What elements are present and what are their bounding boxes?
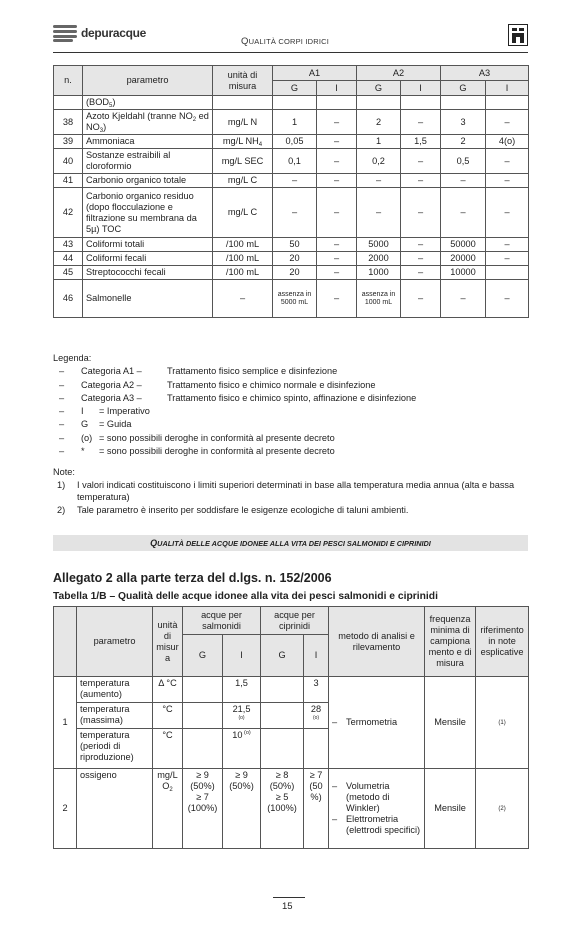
table-row: 2ossigenomg/LO2≥ 9(50%)≥ 7(100%)≥ 9(50%)… — [54, 769, 529, 849]
row-number: 44 — [54, 252, 83, 266]
row-value: – — [273, 174, 317, 188]
col-header-a3: A3 — [441, 66, 529, 81]
row-value: – — [441, 280, 486, 318]
row-value: – — [317, 149, 357, 174]
col-header-a1: A1 — [273, 66, 357, 81]
row-value: 0,05 — [273, 135, 317, 149]
row-parametro: temperatura (periodi di riproduzione) — [77, 729, 153, 769]
row-unita: – — [213, 280, 273, 318]
row-value — [357, 96, 401, 110]
row-value: 20 — [273, 252, 317, 266]
row-value: – — [401, 252, 441, 266]
row-value: – — [486, 280, 529, 318]
row-value — [183, 703, 223, 729]
row-number: 42 — [54, 188, 83, 238]
row-value: ≥ 8(50%)≥ 5(100%) — [261, 769, 304, 849]
row-number: 46 — [54, 280, 83, 318]
row-parametro: Ammoniaca — [83, 135, 213, 149]
row-value: 2 — [441, 135, 486, 149]
row-parametro: temperatura (aumento) — [77, 677, 153, 703]
col-subheader-g: G — [273, 81, 317, 96]
col-header-frequenza: frequenza minima di campiona mento e di … — [425, 607, 476, 677]
table-row: 44Coliformi fecali/100 mL20–2000–20000– — [54, 252, 529, 266]
row-unita: mg/L C — [213, 188, 273, 238]
row-number: 45 — [54, 266, 83, 280]
row-parametro: temperatura (massima) — [77, 703, 153, 729]
row-value — [441, 96, 486, 110]
legend: Legenda: –Categoria A1 –Trattamento fisi… — [53, 352, 416, 458]
col-subheader-i: I — [223, 635, 261, 677]
row-value: 10000 — [441, 266, 486, 280]
waves-icon — [53, 24, 77, 42]
row-value: 1000 — [357, 266, 401, 280]
col-header-unita: unità di misur a — [153, 607, 183, 677]
row-value: 5000 — [357, 238, 401, 252]
h-logo-icon — [508, 24, 528, 46]
row-unita: mg/L SEC — [213, 149, 273, 174]
row-frequenza: Mensile — [425, 769, 476, 849]
row-value: – — [401, 266, 441, 280]
legend-category: –Categoria A2 –Trattamento fisico e chim… — [53, 379, 416, 392]
row-value: – — [486, 110, 529, 135]
row-value — [401, 96, 441, 110]
row-riferimento: (1) — [476, 677, 529, 769]
col-header-n: n. — [54, 66, 83, 96]
row-parametro: Carbonio organico totale — [83, 174, 213, 188]
col-subheader-g: G — [357, 81, 401, 96]
legend-title: Legenda: — [53, 352, 416, 365]
row-number: 39 — [54, 135, 83, 149]
row-value: – — [317, 280, 357, 318]
row-value: – — [441, 174, 486, 188]
row-number: 1 — [54, 677, 77, 769]
row-value: 2 — [357, 110, 401, 135]
row-value — [486, 266, 529, 280]
row-value: ≥ 9(50%)≥ 7(100%) — [183, 769, 223, 849]
row-parametro: Carbonio organico residuo (dopo floccula… — [83, 188, 213, 238]
row-value: – — [357, 174, 401, 188]
col-header-riferimento: riferimento in note esplicative — [476, 607, 529, 677]
col-subheader-i: I — [304, 635, 329, 677]
legend-symbol: –(o)= sono possibili deroghe in conformi… — [53, 432, 416, 445]
row-value: 0,2 — [357, 149, 401, 174]
fish-water-quality-table: parametro unità di misur a acque per sal… — [53, 606, 529, 849]
col-subheader-i: I — [401, 81, 441, 96]
row-value: 3 — [304, 677, 329, 703]
table-row: 1temperatura (aumento)Δ °C1,53–Termometr… — [54, 677, 529, 703]
row-unita: /100 mL — [213, 252, 273, 266]
row-parametro: ossigeno — [77, 769, 153, 849]
table-row: 45Streptococchi fecali/100 mL20–1000–100… — [54, 266, 529, 280]
row-value — [317, 96, 357, 110]
table-row: 42Carbonio organico residuo (dopo floccu… — [54, 188, 529, 238]
row-value: – — [273, 188, 317, 238]
row-value: ≥ 9(50%) — [223, 769, 261, 849]
row-value: 20000 — [441, 252, 486, 266]
row-number: 38 — [54, 110, 83, 135]
row-value: 2000 — [357, 252, 401, 266]
row-value: – — [317, 174, 357, 188]
row-value — [183, 677, 223, 703]
row-value: assenza in 1000 mL — [357, 280, 401, 318]
row-value: – — [401, 110, 441, 135]
row-value: – — [486, 238, 529, 252]
row-parametro: Streptococchi fecali — [83, 266, 213, 280]
row-value: – — [441, 188, 486, 238]
water-quality-table-a: n. parametro unità di misura A1 A2 A3 GI… — [53, 65, 529, 318]
col-header-a2: A2 — [357, 66, 441, 81]
col-subheader-g: G — [261, 635, 304, 677]
row-value — [261, 677, 304, 703]
row-unita: mg/L N — [213, 110, 273, 135]
row-value — [183, 729, 223, 769]
col-header-metodo: metodo di analisi e rilevamento — [329, 607, 425, 677]
row-value: 4(o) — [486, 135, 529, 149]
note-item: 1)I valori indicati costituiscono i limi… — [53, 479, 531, 504]
row-number: 41 — [54, 174, 83, 188]
row-value: 1,5 — [223, 677, 261, 703]
row-value: – — [317, 266, 357, 280]
row-value: – — [486, 188, 529, 238]
row-unita: mg/L NH4 — [213, 135, 273, 149]
row-value: 20 — [273, 266, 317, 280]
section-title: QUALITÀ CORPI IDRICI — [241, 36, 329, 47]
note-item: 2)Tale parametro è inserito per soddisfa… — [53, 504, 531, 517]
row-unita: °C — [153, 703, 183, 729]
row-parametro: Sostanze estraibili al cloroformio — [83, 149, 213, 174]
table-row: 40Sostanze estraibili al cloroformiomg/L… — [54, 149, 529, 174]
col-header-parametro: parametro — [83, 66, 213, 96]
row-parametro: Salmonelle — [83, 280, 213, 318]
table-row: (BOD5) — [54, 96, 529, 110]
row-value: 0,5 — [441, 149, 486, 174]
col-header-salmonidi: acque per salmonidi — [183, 607, 261, 635]
row-unita: /100 mL — [213, 238, 273, 252]
legend-category: –Categoria A1 –Trattamento fisico sempli… — [53, 365, 416, 378]
row-number: 40 — [54, 149, 83, 174]
col-subheader-g: G — [441, 81, 486, 96]
row-value: – — [401, 238, 441, 252]
row-parametro: Azoto Kjeldahl (tranne NO2 ed NO3) — [83, 110, 213, 135]
legend-symbol: –*= sono possibili deroghe in conformità… — [53, 445, 416, 458]
row-value: – — [317, 252, 357, 266]
row-unita: /100 mL — [213, 266, 273, 280]
row-value: 21,5(o) — [223, 703, 261, 729]
notes-title: Note: — [53, 466, 531, 479]
table-title: Tabella 1/B – Qualità delle acque idonee… — [53, 591, 438, 602]
row-value: – — [401, 280, 441, 318]
row-value: 10 (o) — [223, 729, 261, 769]
row-value: – — [317, 135, 357, 149]
row-metodo: –Termometria — [329, 677, 425, 769]
table-row: 41Carbonio organico totalemg/L C–––––– — [54, 174, 529, 188]
row-value — [304, 729, 329, 769]
col-subheader-i: I — [317, 81, 357, 96]
table-row: 39Ammoniacamg/L NH40,05–11,524(o) — [54, 135, 529, 149]
row-value: – — [401, 149, 441, 174]
table-row: 46Salmonelle–assenza in 5000 mL–assenza … — [54, 280, 529, 318]
row-value: – — [486, 252, 529, 266]
row-riferimento: (2) — [476, 769, 529, 849]
row-unita — [213, 96, 273, 110]
row-value: 0,1 — [273, 149, 317, 174]
notes: Note: 1)I valori indicati costituiscono … — [53, 466, 531, 516]
col-header-parametro: parametro — [77, 607, 153, 677]
row-value: – — [486, 174, 529, 188]
row-unita: mg/L C — [213, 174, 273, 188]
row-frequenza: Mensile — [425, 677, 476, 769]
row-value: ≥ 7(50 %) — [304, 769, 329, 849]
row-value: – — [486, 149, 529, 174]
table-row: 38Azoto Kjeldahl (tranne NO2 ed NO3)mg/L… — [54, 110, 529, 135]
brand-name: depuracque — [81, 26, 146, 40]
row-parametro: Coliformi fecali — [83, 252, 213, 266]
table-row: 43Coliformi totali/100 mL50–5000–50000– — [54, 238, 529, 252]
row-value: – — [357, 188, 401, 238]
row-number — [54, 96, 83, 110]
row-value: – — [401, 174, 441, 188]
col-subheader-i: I — [486, 81, 529, 96]
row-value: – — [401, 188, 441, 238]
page-number: 15 — [282, 901, 293, 912]
row-value — [273, 96, 317, 110]
row-value: – — [317, 188, 357, 238]
row-value: – — [317, 238, 357, 252]
row-value: 50 — [273, 238, 317, 252]
row-metodo: –Volumetria (metodo di Winkler)–Elettrom… — [329, 769, 425, 849]
row-value: assenza in 5000 mL — [273, 280, 317, 318]
row-unita: Δ °C — [153, 677, 183, 703]
row-value — [261, 703, 304, 729]
row-unita: mg/LO2 — [153, 769, 183, 849]
row-parametro: Coliformi totali — [83, 238, 213, 252]
brand-logo: depuracque — [53, 24, 146, 42]
col-header-unita: unità di misura — [213, 66, 273, 96]
legend-symbol: –I= Imperativo — [53, 405, 416, 418]
row-value — [486, 96, 529, 110]
row-value: 1 — [273, 110, 317, 135]
row-unita: °C — [153, 729, 183, 769]
row-number: 2 — [54, 769, 77, 849]
row-value: 1 — [357, 135, 401, 149]
section-band: QUALITÀ DELLE ACQUE IDONEE ALLA VITA DEI… — [53, 535, 528, 551]
allegato-heading: Allegato 2 alla parte terza del d.lgs. n… — [53, 571, 332, 585]
legend-symbol: –G= Guida — [53, 418, 416, 431]
page-header: depuracque QUALITÀ CORPI IDRICI — [53, 20, 528, 53]
row-value: 50000 — [441, 238, 486, 252]
footer-rule — [273, 897, 305, 898]
row-value: 1,5 — [401, 135, 441, 149]
row-number: 43 — [54, 238, 83, 252]
row-value — [261, 729, 304, 769]
legend-category: –Categoria A3 –Trattamento fisico e chim… — [53, 392, 416, 405]
col-subheader-g: G — [183, 635, 223, 677]
row-value: 28(o) — [304, 703, 329, 729]
row-value: 3 — [441, 110, 486, 135]
row-value: – — [317, 110, 357, 135]
col-header-ciprinidi: acque per ciprinidi — [261, 607, 329, 635]
row-parametro: (BOD5) — [83, 96, 213, 110]
